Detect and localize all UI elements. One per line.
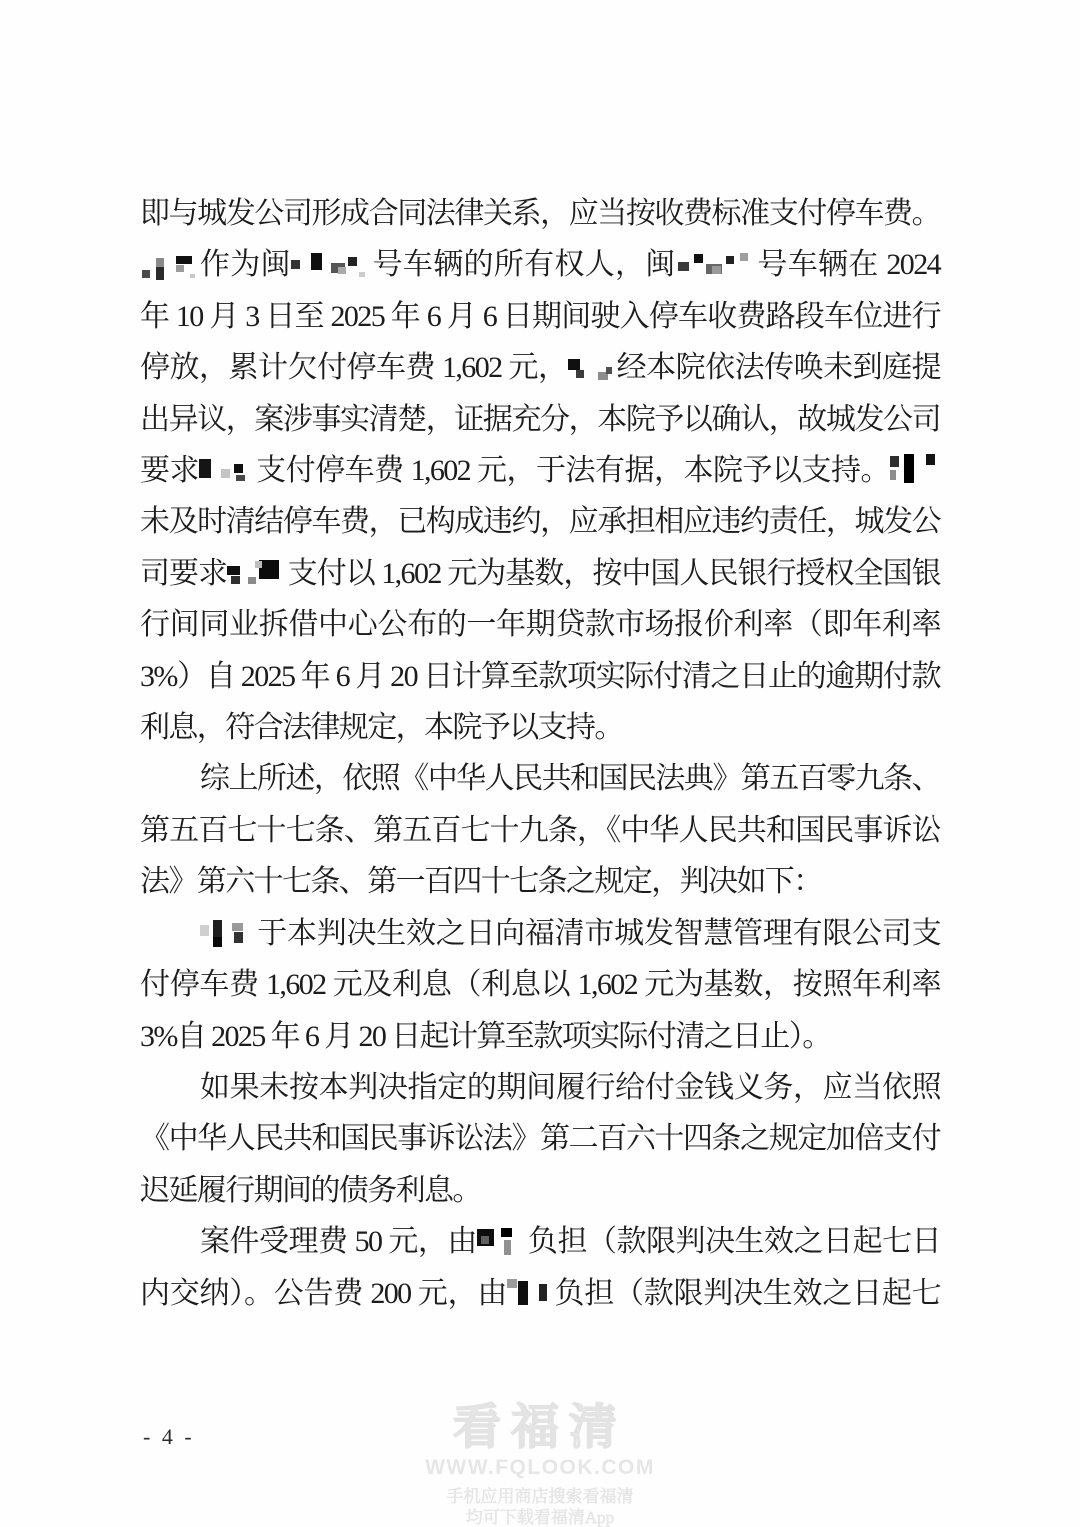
watermark-logo-text: 看福清 bbox=[330, 1402, 750, 1454]
text-segment: 于本判决生效之日向福清市城发智慧管理有限公司支 bbox=[250, 917, 940, 950]
text-segment: 法》第六十七条、第一百四十七条之规定，判决如下： bbox=[140, 865, 822, 898]
text-line: 《中华人民共和国民事诉讼法》第二百六十四条之规定加倍支付 bbox=[140, 1113, 940, 1164]
text-segment: 《中华人民共和国民事诉讼法》第二百六十四条之规定加倍支付 bbox=[140, 1122, 940, 1155]
redaction-mosaic bbox=[200, 919, 250, 949]
text-segment: 综上所述，依照《中华人民共和国民法典》第五百零九条、 bbox=[200, 762, 940, 795]
text-line: 3%）自 2025 年 6 月 20 日计算至款项实际付清之日止的逾期付款 bbox=[140, 651, 940, 702]
text-line: 要求支付停车费 1,602 元，于法有据，本院予以支持。 bbox=[140, 445, 940, 496]
redaction-mosaic bbox=[227, 559, 287, 589]
text-line: 即与城发公司形成合同法律关系，应当按收费标准支付停车费。 bbox=[140, 188, 940, 239]
text-line: 内交纳）。公告费 200 元，由负担（款限判决生效之日起七 bbox=[140, 1268, 940, 1319]
text-segment: 第五百七十七条、第五百七十九条，《中华人民共和国民事诉讼 bbox=[140, 814, 940, 847]
text-segment: 年 10 月 3 日至 2025 年 6 月 6 日期间驶入停车收费路段车位进行 bbox=[140, 300, 940, 333]
text-segment: 3%自 2025 年 6 月 20 日起计算至款项实际付清之日止）。 bbox=[140, 1020, 831, 1053]
text-segment: 号车辆的所有权人，闽 bbox=[365, 248, 676, 281]
redaction-mosaic bbox=[477, 1227, 521, 1257]
text-segment: 案件受理费 50 元，由 bbox=[200, 1225, 477, 1258]
redaction-mosaic bbox=[507, 1279, 553, 1309]
text-segment: 停放，累计欠付停车费 1,602 元， bbox=[140, 351, 568, 384]
text-segment: 付停车费 1,602 元及利息（利息以 1,602 元为基数，按照年利率 bbox=[140, 968, 940, 1001]
text-line: 如果未按本判决指定的期间履行给付金钱义务，应当依照 bbox=[140, 1062, 940, 1113]
text-segment: 支付以 1,602 元为基数，按中国人民银行授权全国银 bbox=[287, 557, 940, 590]
text-line: 未及时清结停车费，已构成违约，应承担相应违约责任，城发公 bbox=[140, 496, 940, 547]
text-line: 3%自 2025 年 6 月 20 日起计算至款项实际付清之日止）。 bbox=[140, 1011, 940, 1062]
text-segment: 出异议，案涉事实清楚，证据充分，本院予以确认，故城发公司 bbox=[140, 403, 940, 436]
redaction-mosaic bbox=[199, 456, 255, 486]
text-segment: 司要求 bbox=[140, 557, 227, 590]
text-segment: 负担（款限判决生效之日起七日 bbox=[521, 1225, 940, 1258]
text-line: 停放，累计欠付停车费 1,602 元，经本院依法传唤未到庭提 bbox=[140, 342, 940, 393]
redaction-mosaic bbox=[140, 250, 198, 280]
watermark-url: WWW.FQLOOK.COM bbox=[330, 1456, 750, 1480]
text-segment: 负担（款限判决生效之日起七 bbox=[553, 1277, 940, 1310]
watermark-caption-1: 手机应用商店搜索看福清 bbox=[330, 1486, 750, 1507]
text-segment: 利息，符合法律规定，本院予以支持。 bbox=[140, 711, 623, 744]
text-segment: 要求 bbox=[140, 454, 199, 487]
text-line: 案件受理费 50 元，由 负担（款限判决生效之日起七日 bbox=[140, 1216, 940, 1267]
redaction-mosaic bbox=[568, 355, 616, 383]
text-segment: 3%）自 2025 年 6 月 20 日计算至款项实际付清之日止的逾期付款 bbox=[140, 660, 940, 693]
watermark: 看福清 WWW.FQLOOK.COM 手机应用商店搜索看福清 均可下载看福清Ap… bbox=[330, 1402, 750, 1527]
text-line: 行间同业拆借中心公布的一年期贷款市场报价利率（即年利率 bbox=[140, 599, 940, 650]
text-line: 作为闽 号车辆的所有权人，闽 号车辆在 2024 bbox=[140, 239, 940, 290]
redaction-mosaic bbox=[291, 250, 365, 280]
text-line: 出异议，案涉事实清楚，证据充分，本院予以确认，故城发公司 bbox=[140, 394, 940, 445]
redaction-mosaic bbox=[890, 454, 940, 486]
text-segment: 如果未按本判决指定的期间履行给付金钱义务，应当依照 bbox=[200, 1071, 940, 1104]
text-line: 第五百七十七条、第五百七十九条，《中华人民共和国民事诉讼 bbox=[140, 805, 940, 856]
text-segment: 号车辆在 2024 bbox=[750, 248, 940, 281]
text-segment: 内交纳）。公告费 200 元，由 bbox=[140, 1277, 507, 1310]
text-segment: 作为闽 bbox=[198, 248, 291, 281]
document-lines: 即与城发公司形成合同法律关系，应当按收费标准支付停车费。作为闽 号车辆的所有权人… bbox=[140, 188, 940, 1319]
text-line: 综上所述，依照《中华人民共和国民法典》第五百零九条、 bbox=[140, 753, 940, 804]
page-number: - 4 - bbox=[143, 1424, 195, 1450]
text-segment: 即与城发公司形成合同法律关系，应当按收费标准支付停车费。 bbox=[140, 197, 940, 230]
text-line: 迟延履行期间的债务利息。 bbox=[140, 1165, 940, 1216]
text-segment: 迟延履行期间的债务利息。 bbox=[140, 1174, 481, 1207]
text-line: 利息，符合法律规定，本院予以支持。 bbox=[140, 702, 940, 753]
text-segment: 行间同业拆借中心公布的一年期贷款市场报价利率（即年利率 bbox=[140, 608, 940, 641]
watermark-caption-2: 均可下载看福清App bbox=[330, 1507, 750, 1527]
text-line: 司要求支付以 1,602 元为基数，按中国人民银行授权全国银 bbox=[140, 548, 940, 599]
text-segment: 支付停车费 1,602 元，于法有据，本院予以支持。 bbox=[255, 454, 890, 487]
text-line: 年 10 月 3 日至 2025 年 6 月 6 日期间驶入停车收费路段车位进行 bbox=[140, 291, 940, 342]
text-segment: 未及时清结停车费，已构成违约，应承担相应违约责任，城发公 bbox=[140, 505, 940, 538]
text-line: 于本判决生效之日向福清市城发智慧管理有限公司支 bbox=[140, 908, 940, 959]
text-line: 法》第六十七条、第一百四十七条之规定，判决如下： bbox=[140, 856, 940, 907]
text-line: 付停车费 1,602 元及利息（利息以 1,602 元为基数，按照年利率 bbox=[140, 959, 940, 1010]
judgment-page: 即与城发公司形成合同法律关系，应当按收费标准支付停车费。作为闽 号车辆的所有权人… bbox=[0, 0, 1080, 1527]
text-segment: 经本院依法传唤未到庭提 bbox=[616, 351, 941, 384]
redaction-mosaic bbox=[676, 250, 750, 280]
